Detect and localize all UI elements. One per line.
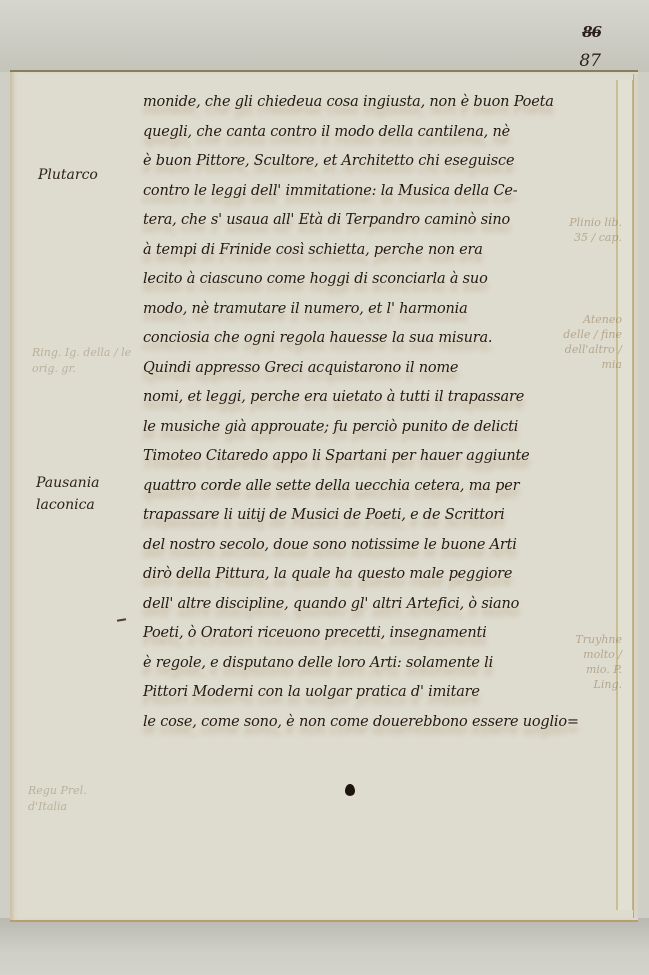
- text-line: è buon Pittore, Scultore, et Architetto …: [143, 147, 543, 177]
- page-edge: [616, 80, 634, 910]
- margin-note-plutarco: Plutarco: [38, 164, 98, 186]
- text-line: à tempi di Frinide così schietta, perche…: [143, 236, 543, 266]
- folio-struck-number: 86: [582, 23, 601, 41]
- text-line: dell' altre discipline, quando gl' altri…: [143, 590, 543, 620]
- text-line: Quindi appresso Greci acquistarono il no…: [143, 354, 543, 384]
- text-line: conciosia che ogni regola hauesse la sua…: [143, 324, 543, 354]
- scan-backdrop-top: [0, 0, 649, 72]
- margin-ghost-left-2: Regu Prel. d'Italia: [28, 783, 128, 815]
- text-line: Pittori Moderni con la uolgar pratica d'…: [143, 678, 543, 708]
- text-line: del nostro secolo, doue sono notissime l…: [143, 531, 543, 561]
- margin-ghost-left-1: Ring. Ig. della / le orig. gr.: [32, 345, 132, 377]
- margin-note-laconica: laconica: [36, 494, 95, 516]
- text-line: quegli, che canta contro il modo della c…: [143, 118, 543, 148]
- text-line: tera, che s' usaua all' Età di Terpandro…: [143, 206, 543, 236]
- manuscript-text-block: monide, che gli chiedeua cosa ingiusta, …: [143, 88, 543, 737]
- text-line: trapassare li uitij de Musici de Poeti, …: [143, 501, 543, 531]
- margin-note-pausania: Pausania: [36, 472, 100, 494]
- text-line: nomi, et leggi, perche era uietato à tut…: [143, 383, 543, 413]
- text-line: modo, nè tramutare il numero, et l' harm…: [143, 295, 543, 325]
- scan-backdrop-bottom: [0, 918, 649, 975]
- text-line: contro le leggi dell' immitatione: la Mu…: [143, 177, 543, 207]
- text-line: monide, che gli chiedeua cosa ingiusta, …: [143, 88, 543, 118]
- folio-current-number: 87: [579, 51, 601, 71]
- text-line: Timoteo Citaredo appo li Spartani per ha…: [143, 442, 543, 472]
- text-line: lecito à ciascuno come hoggi di sconciar…: [143, 265, 543, 295]
- bleedthrough-note-3: Truyhne molto / mio. P. Ling.: [556, 632, 622, 692]
- ink-blot: [345, 784, 355, 796]
- text-line: quattro corde alle sette della uecchia c…: [143, 472, 543, 502]
- text-line: è regole, e disputano delle loro Arti: s…: [143, 649, 543, 679]
- folio-number: 86 87: [579, 22, 601, 71]
- text-line: dirò della Pittura, la quale ha questo m…: [143, 560, 543, 590]
- bleedthrough-note-1: Plinio lib. 35 / cap.: [562, 215, 622, 245]
- bleedthrough-note-2: Ateneo delle / fine dell'altro / mia: [560, 312, 622, 372]
- text-line: le cose, come sono, è non come douerebbo…: [143, 708, 543, 738]
- page-edge-outer: [633, 74, 638, 918]
- text-line: Poeti, ò Oratori riceuono precetti, inse…: [143, 619, 543, 649]
- text-line: le musiche già approuate; fu perciò puni…: [143, 413, 543, 443]
